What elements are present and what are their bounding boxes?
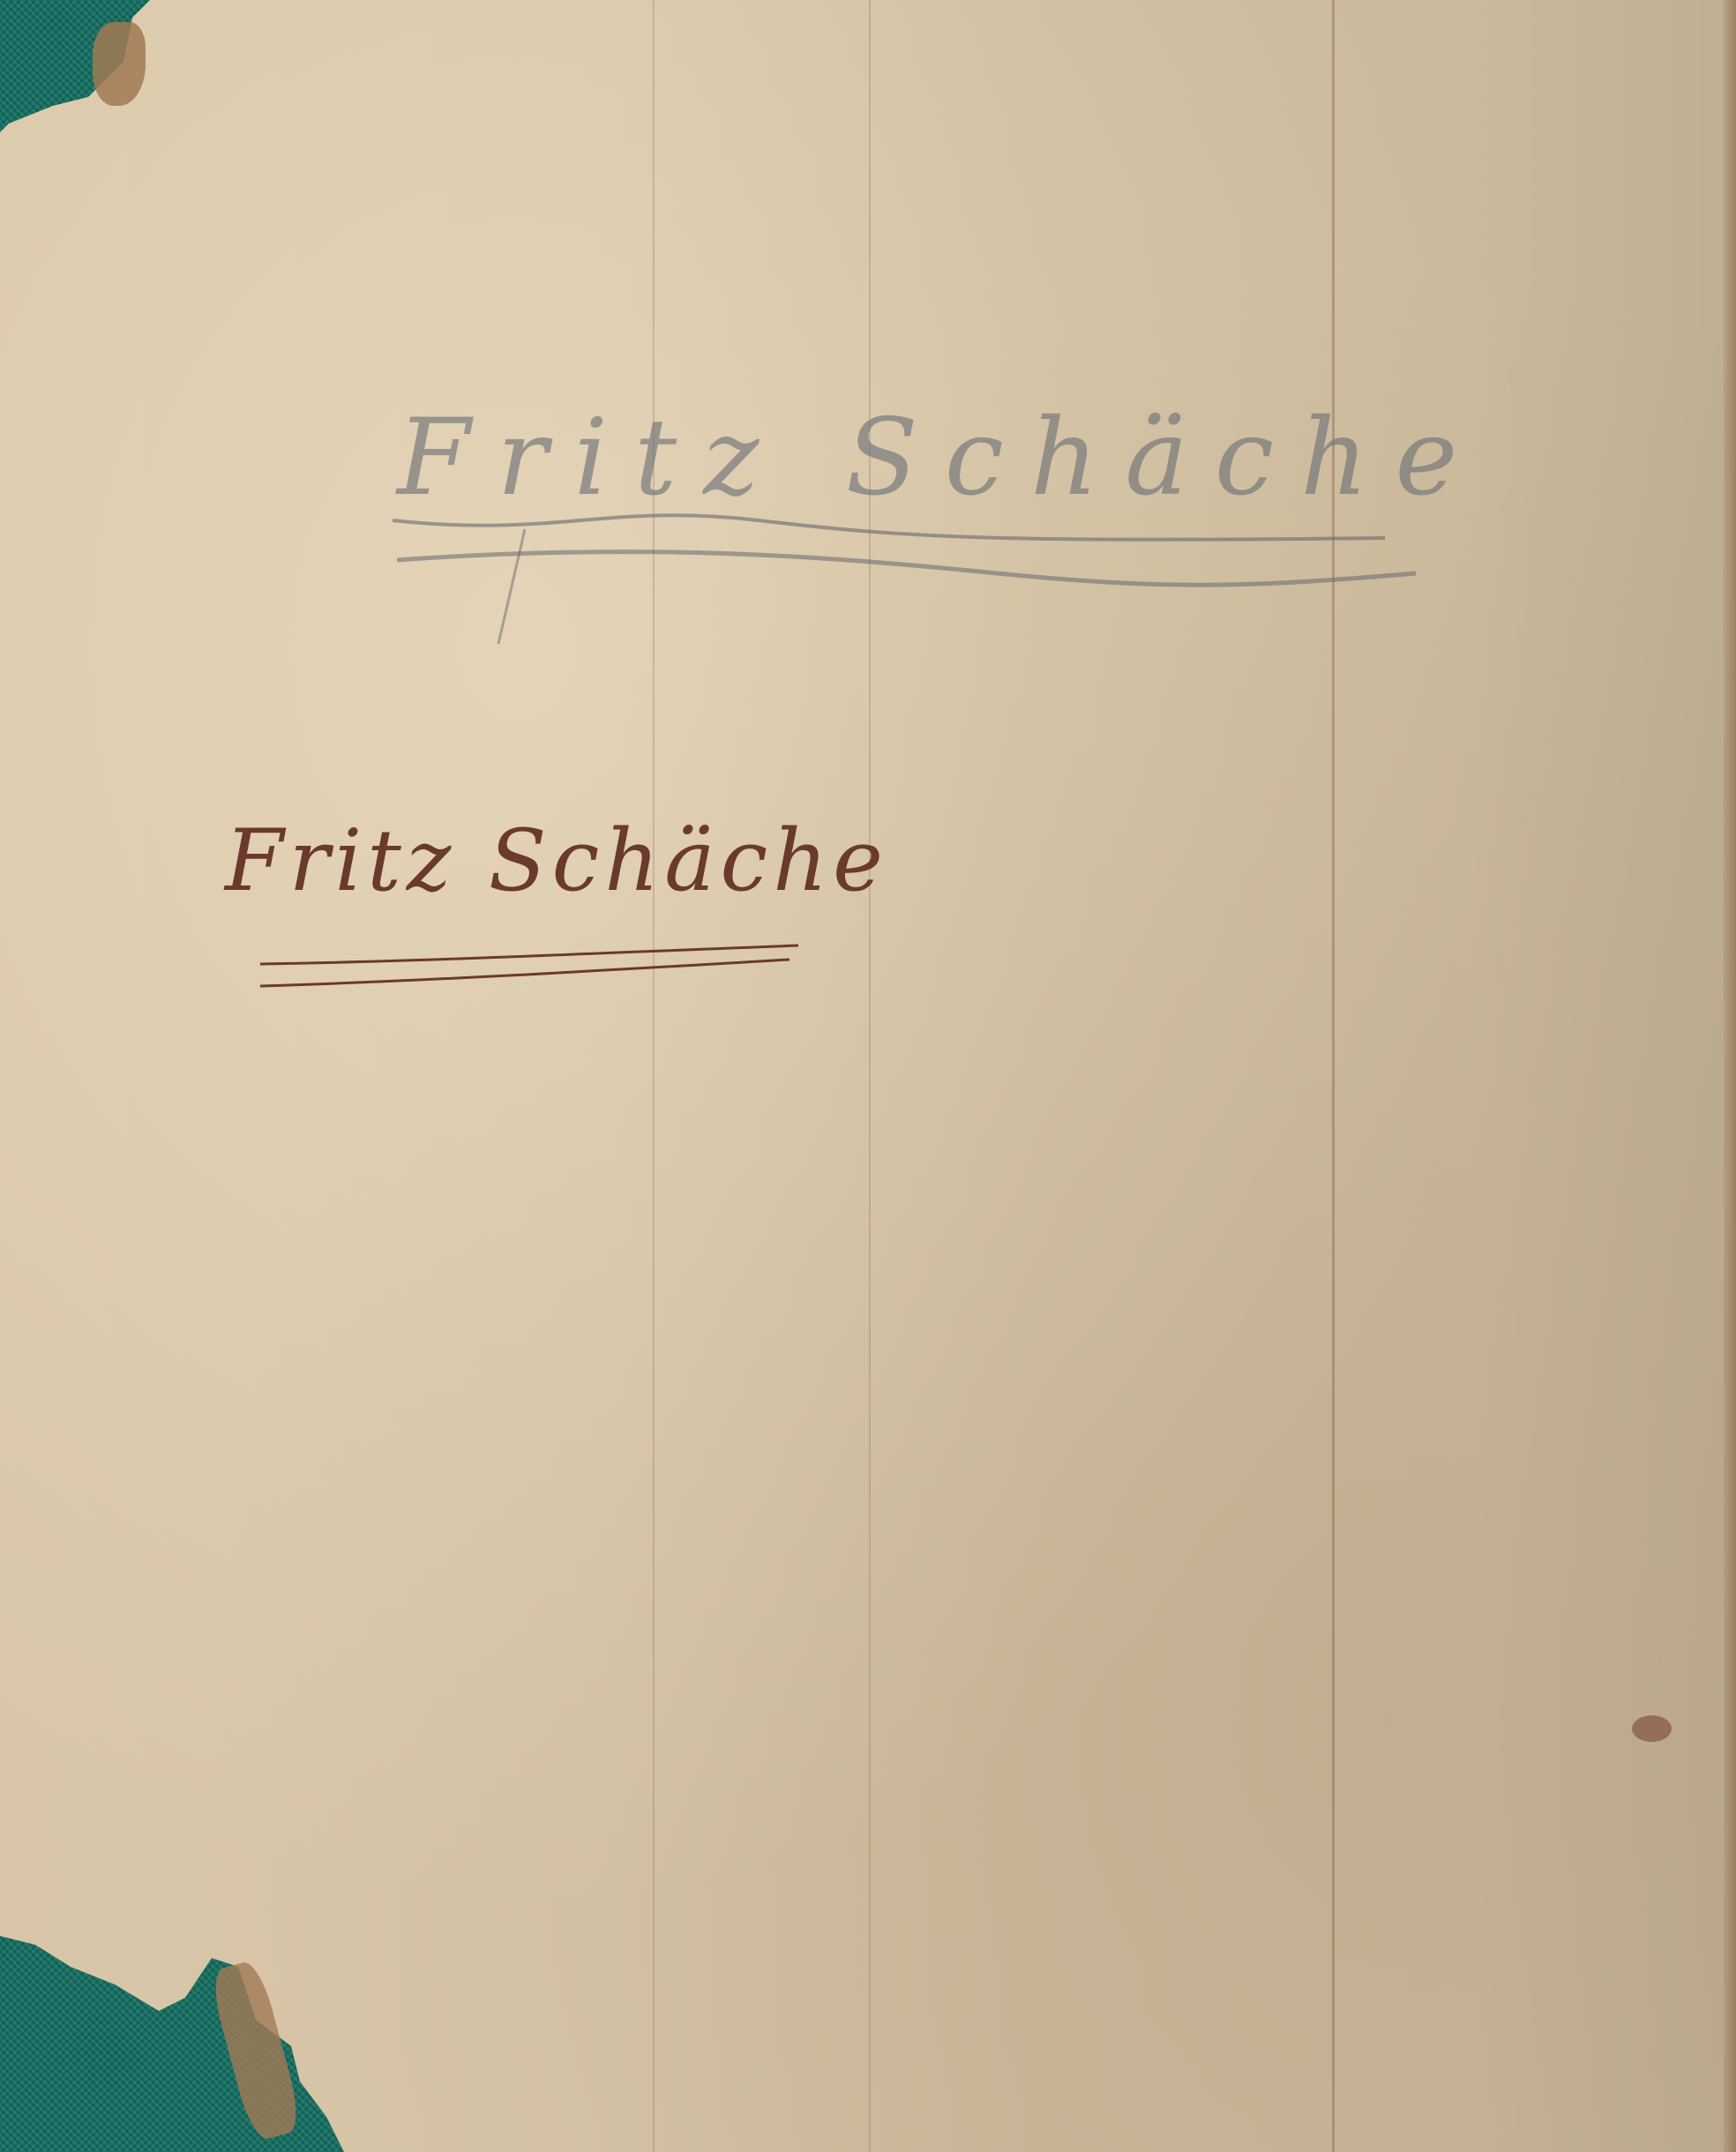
ink-underline	[212, 794, 812, 988]
paper-crease	[653, 0, 655, 2152]
pencil-inscription: Fritz Schäche	[379, 388, 1394, 626]
right-edge-wear	[1724, 0, 1736, 2152]
torn-corner	[93, 22, 146, 106]
paper-cover: Fritz Schäche Fritz Schäche	[0, 0, 1736, 2152]
ink-stain	[1632, 1715, 1672, 1742]
ink-signature: Fritz Schäche	[212, 794, 812, 988]
paper-crease	[869, 0, 871, 2152]
pencil-underline	[379, 388, 1394, 626]
paper-fold	[1332, 0, 1335, 2152]
